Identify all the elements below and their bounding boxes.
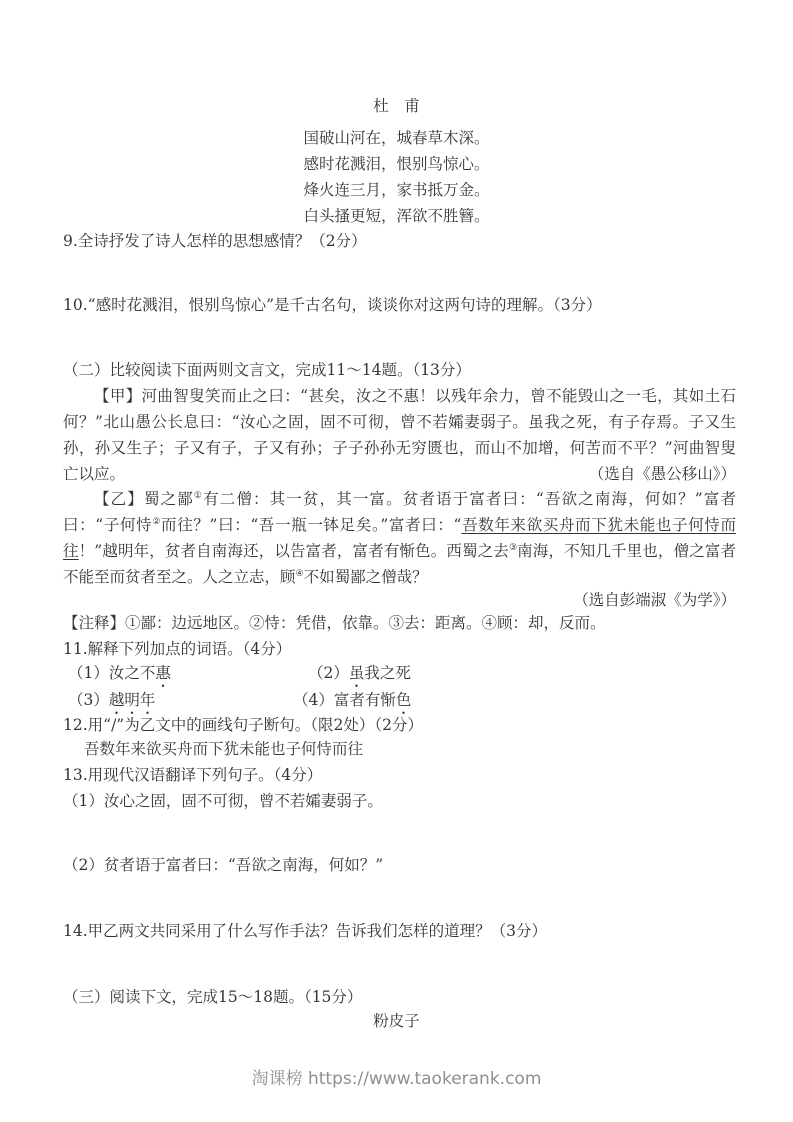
question-9: 9.全诗抒发了诗人怎样的思想感情？（2分）	[63, 228, 736, 254]
note-ref-1: ①	[194, 491, 203, 501]
question-12: 12.用“/”为乙文中的画线句子断句。（限2处）（2分）	[63, 712, 736, 738]
question-10: 10.“感时花溅泪，恨别鸟惊心”是千古名句，谈谈你对这两句诗的理解。（3分）	[63, 292, 736, 318]
note-ref-2: ②	[152, 517, 161, 527]
q11-item-text: 富者有惭	[334, 691, 396, 709]
poem-line: 感时花溅泪，恨别鸟惊心。	[0, 151, 793, 177]
watermark-footer: 淘课榜 https://www.taokerank.com	[0, 1066, 793, 1092]
section-2-title: （二）比较阅读下面两则文言文，完成11～14题。（13分）	[63, 357, 736, 383]
exam-page: 杜 甫 国破山河在，城春草木深。 感时花溅泪，恨别鸟惊心。 烽火连三月，家书抵万…	[0, 0, 793, 1122]
passage-yi: 【乙】蜀之鄙①有二僧：其一贫，其一富。贫者语于富者曰：“吾欲之南海，何如？”富者…	[63, 486, 736, 590]
note-ref-3: ③	[509, 543, 517, 553]
question-11: 11.解释下列加点的词语。（4分）	[63, 636, 736, 662]
question-13-item-1: （1）汝心之固，固不可彻，曾不若孀妻弱子。	[63, 788, 736, 814]
question-14: 14.甲乙两文共同采用了什么写作手法？告诉我们怎样的道理？（3分）	[63, 918, 736, 944]
poem-line: 烽火连三月，家书抵万金。	[0, 177, 793, 203]
q11-item-text: 汝之不	[109, 664, 156, 682]
q11-dotted-word: 惠	[155, 664, 171, 682]
q11-item-num: （1）	[68, 664, 109, 682]
q11-item-num: （4）	[293, 691, 334, 709]
q11-item-num: （2）	[308, 664, 349, 682]
question-13-item-2: （2）贫者语于富者曰：“吾欲之南海，何如？”	[63, 852, 736, 878]
note-ref-4: ④	[296, 569, 304, 579]
q11-dotted-word: 越明年	[109, 691, 156, 709]
section-3-title: （三）阅读下文，完成15～18题。（15分）	[63, 984, 736, 1010]
essay-title: 粉皮子	[0, 1008, 793, 1034]
q11-dotted-word: 色	[396, 691, 412, 709]
passage-yi-text: ！”越明年，贫者自南海还，以告富者，富者有惭色。西蜀之去	[79, 542, 509, 560]
passage-yi-text: 【乙】蜀之鄙	[94, 490, 194, 508]
poem-line: 白头搔更短，浑欲不胜簪。	[0, 203, 793, 229]
question-13: 13.用现代汉语翻译下列句子。（4分）	[63, 762, 736, 788]
q11-item-text: 我之死	[364, 664, 411, 682]
passage-yi-text: 不如蜀鄙之僧哉？	[304, 568, 428, 586]
poem: 国破山河在，城春草木深。 感时花溅泪，恨别鸟惊心。 烽火连三月，家书抵万金。 白…	[0, 125, 793, 229]
q11-dotted-word: 虽	[349, 664, 365, 682]
poem-line: 国破山河在，城春草木深。	[0, 125, 793, 151]
question-12-quote: 吾数年来欲买舟而下犹未能也子何恃而往	[84, 736, 736, 762]
q11-item-num: （3）	[68, 691, 109, 709]
notes-line: 【注释】①鄙：边远地区。②恃：凭借，依靠。③去：距离。④顾：却，反而。	[63, 610, 736, 636]
passage-yi-text: 而往？”曰：“吾一瓶一钵足矣。”富者曰：“	[161, 516, 461, 534]
passage-jia-source: （选自《愚公移山》）	[63, 461, 736, 487]
poem-author: 杜 甫	[0, 93, 793, 119]
